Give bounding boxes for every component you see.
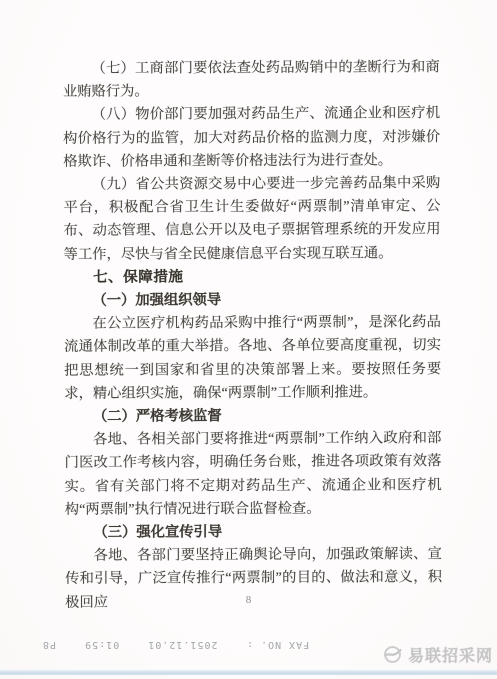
- scanned-document-page: （七）工商部门要依法查处药品购销中的垄断行为和商业贿赂行为。（八）物价部门要加强…: [0, 0, 497, 679]
- watermark: 易联招采网: [382, 643, 493, 666]
- paragraph: （九）省公共资源交易中心要进一步完善药品集中采购平台，积极配合省卫生计生委做好“…: [63, 172, 440, 266]
- paragraph: （八）物价部门要加强对药品生产、流通企业和医疗机构价格行为的监管，加大对药品价格…: [63, 103, 440, 174]
- section-heading: （一）加强组织领导: [64, 288, 441, 313]
- page-number: 8: [0, 594, 497, 606]
- elian-logo-icon: [382, 644, 403, 665]
- paragraph: 各地、各相关部门要将推进“两票制”工作纳入政府和部门医改工作考核内容，明确任务台…: [64, 427, 441, 521]
- paragraph: 在公立医疗机构药品采购中推行“两票制”，是深化药品流通体制改革的重大举措。各地、…: [64, 311, 441, 405]
- fax-number-label: FAX NO. :: [246, 639, 309, 650]
- fax-timestamp: 2051.12.01 01:59 P8: [42, 639, 218, 650]
- section-heading: （二）严格考核监督: [64, 404, 441, 429]
- section-heading: 七、保障措施: [64, 265, 441, 290]
- paragraph: （七）工商部门要依法查处药品购销中的垄断行为和商业贿赂行为。: [63, 56, 440, 104]
- section-heading: （三）强化宣传引导: [65, 520, 442, 545]
- document-body: （七）工商部门要依法查处药品购销中的垄断行为和商业贿赂行为。（八）物价部门要加强…: [63, 56, 442, 615]
- bottom-border-bar: [0, 670, 497, 675]
- watermark-site-name: 易联招采网: [408, 643, 493, 666]
